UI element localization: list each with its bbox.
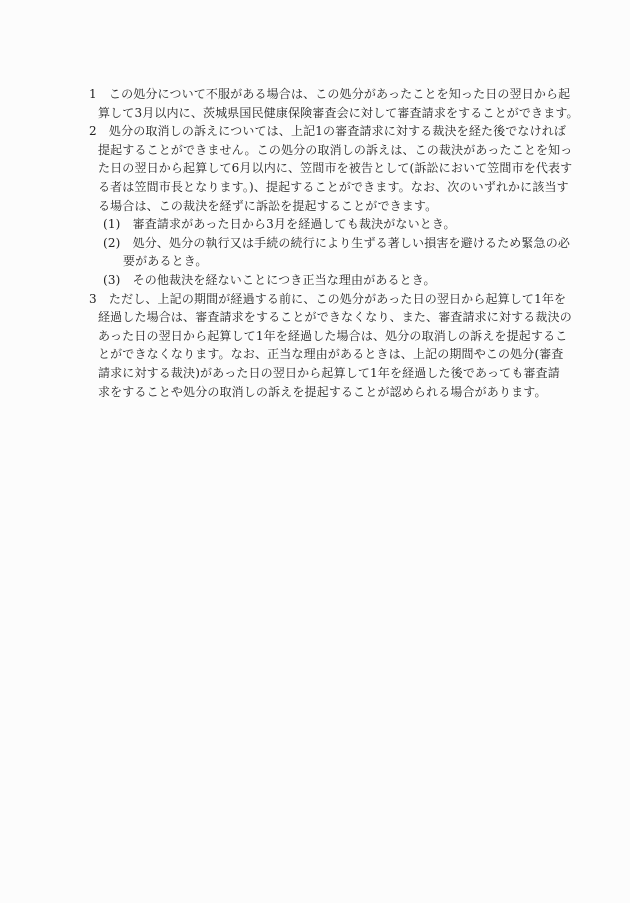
item-2-line-2: 提起することができません。この処分の取消しの訴えは、この裁決があったことを知っ: [89, 141, 555, 160]
item-2-line-1: 2 処分の取消しの訴えについては、上記1の審査請求に対する裁決を経た後でなければ: [89, 122, 555, 141]
item-2: 2 処分の取消しの訴えについては、上記1の審査請求に対する裁決を経た後でなければ…: [89, 122, 555, 289]
item-3-line-2: 経過した場合は、審査請求をすることができなくなり、また、審査請求に対する裁決の: [89, 308, 555, 327]
subitem-2-line-2: 要があるとき。: [89, 252, 555, 271]
subitem-3: (3) その他裁決を経ないことにつき正当な理由があるとき。: [89, 271, 555, 290]
item-3-line-3: あった日の翌日から起算して1年を経過した場合は、処分の取消しの訴えを提起するこ: [89, 327, 555, 346]
item-3-line-5: 請求に対する裁決)があった日の翌日から起算して1年を経過した後であっても審査請: [89, 364, 555, 383]
item-1-line-1: 1 この処分について不服がある場合は、この処分があったことを知った日の翌日から起: [89, 85, 555, 104]
item-2-line-3: た日の翌日から起算して6月以内に、笠間市を被告として(訴訟において笠間市を代表す: [89, 159, 555, 178]
item-1: 1 この処分について不服がある場合は、この処分があったことを知った日の翌日から起…: [89, 85, 555, 122]
item-3: 3 ただし、上記の期間が経過する前に、この処分があった日の翌日から起算して1年を…: [89, 290, 555, 402]
subitem-1-line-1: (1) 審査請求があった日から3月を経過しても裁決がないとき。: [89, 215, 555, 234]
subitem-1: (1) 審査請求があった日から3月を経過しても裁決がないとき。: [89, 215, 555, 234]
item-2-line-5: る場合は、この裁決を経ずに訴訟を提起することができます。: [89, 197, 555, 216]
item-3-line-6: 求をすることや処分の取消しの訴えを提起することが認められる場合があります。: [89, 383, 555, 402]
subitem-3-line-1: (3) その他裁決を経ないことにつき正当な理由があるとき。: [89, 271, 555, 290]
item-1-line-2: 算して3月以内に、茨城県国民健康保険審査会に対して審査請求をすることができます。: [89, 104, 555, 123]
item-2-line-4: る者は笠間市長となります。)、提起することができます。なお、次のいずれかに該当す: [89, 178, 555, 197]
subitem-2: (2) 処分、処分の執行又は手続の続行により生ずる著しい損害を避けるため緊急の必…: [89, 234, 555, 271]
document-body: 1 この処分について不服がある場合は、この処分があったことを知った日の翌日から起…: [89, 85, 555, 401]
subitem-2-line-1: (2) 処分、処分の執行又は手続の続行により生ずる著しい損害を避けるため緊急の必: [89, 234, 555, 253]
item-3-line-1: 3 ただし、上記の期間が経過する前に、この処分があった日の翌日から起算して1年を: [89, 290, 555, 309]
item-3-line-4: とができなくなります。なお、正当な理由があるときは、上記の期間やこの処分(審査: [89, 345, 555, 364]
